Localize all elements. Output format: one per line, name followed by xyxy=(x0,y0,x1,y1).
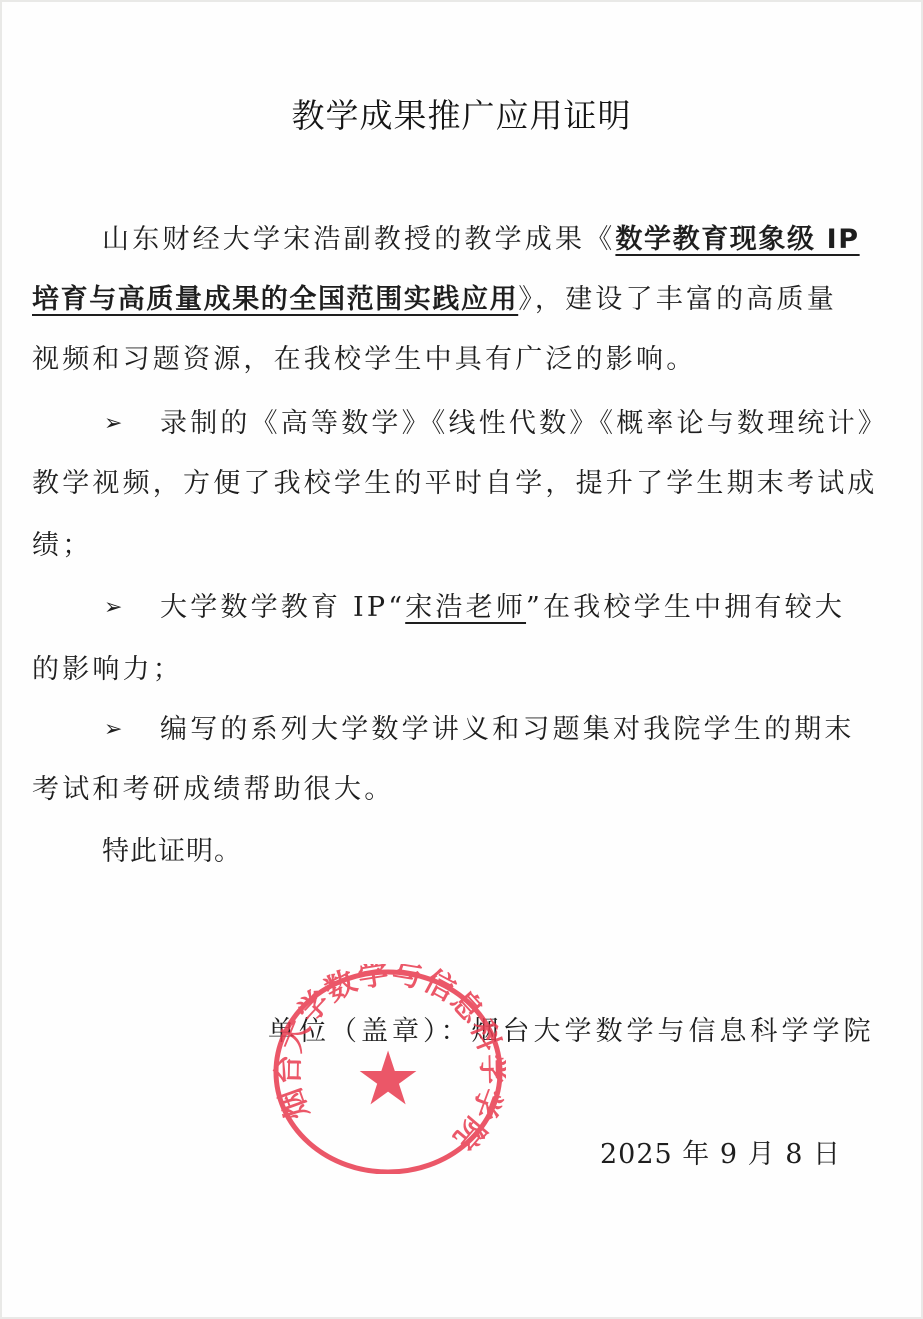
signature-line: 单位（盖章）：烟台大学数学与信息科学学院 xyxy=(268,1012,875,1052)
bullet-1-line-2: 教学视频，方便了我校学生的平时自学，提升了学生期末考试成 xyxy=(32,464,878,504)
bullet-3-line-1: ➢编写的系列大学数学讲义和习题集对我院学生的期末 xyxy=(104,710,855,752)
bullet-2-text-continued: ”在我校学生中拥有较大 xyxy=(526,592,845,623)
document-page: 教学成果推广应用证明 山东财经大学宋浩副教授的教学成果《数学教育现象级 IP 培… xyxy=(2,2,921,1317)
svg-text:烟台大学数学与信息科学学院: 烟台大学数学与信息科学学院 xyxy=(271,964,506,1156)
arrow-bullet-icon: ➢ xyxy=(104,710,160,750)
arrow-bullet-icon: ➢ xyxy=(104,588,160,628)
official-seal-stamp: 烟台大学数学与信息科学学院 ★ xyxy=(270,964,506,1174)
paragraph-1-line-2: 培育与高质量成果的全国范围实践应用》，建设了丰富的高质量 xyxy=(32,280,837,320)
closing-statement: 特此证明。 xyxy=(102,832,242,872)
achievement-title-part-1: 数学教育现象级 IP xyxy=(615,224,859,255)
bullet-2-line-2: 的影响力； xyxy=(32,650,183,690)
ip-name: 宋浩老师 xyxy=(405,592,526,623)
bullet-2-text: 大学数学教育 IP“ xyxy=(160,592,405,623)
intro-text-continued: 》，建设了丰富的高质量 xyxy=(518,284,837,315)
signature-unit: 烟台大学数学与信息科学学院 xyxy=(472,1016,875,1047)
bullet-1-text: 录制的《高等数学》《线性代数》《概率论与数理统计》 xyxy=(160,408,888,439)
arrow-bullet-icon: ➢ xyxy=(104,404,160,444)
intro-text: 山东财经大学宋浩副教授的教学成果《 xyxy=(102,224,615,255)
bullet-3-text: 编写的系列大学数学讲义和习题集对我院学生的期末 xyxy=(160,714,855,745)
paragraph-1-line-1: 山东财经大学宋浩副教授的教学成果《数学教育现象级 IP xyxy=(102,220,860,260)
achievement-title-part-2: 培育与高质量成果的全国范围实践应用 xyxy=(32,284,518,315)
signature-label: 单位（盖章）： xyxy=(268,1016,472,1047)
stamp-arc-text: 烟台大学数学与信息科学学院 xyxy=(271,964,506,1156)
bullet-1-line-1: ➢录制的《高等数学》《线性代数》《概率论与数理统计》 xyxy=(104,404,888,446)
paragraph-1-line-3: 视频和习题资源，在我校学生中具有广泛的影响。 xyxy=(32,340,696,380)
bullet-3-line-2: 考试和考研成绩帮助很大。 xyxy=(32,770,394,810)
bullet-1-line-3: 绩； xyxy=(32,526,92,566)
document-date: 2025 年 9 月 8 日 xyxy=(600,1135,841,1175)
bullet-2-line-1: ➢大学数学教育 IP“宋浩老师”在我校学生中拥有较大 xyxy=(104,588,845,630)
document-title: 教学成果推广应用证明 xyxy=(2,90,921,137)
